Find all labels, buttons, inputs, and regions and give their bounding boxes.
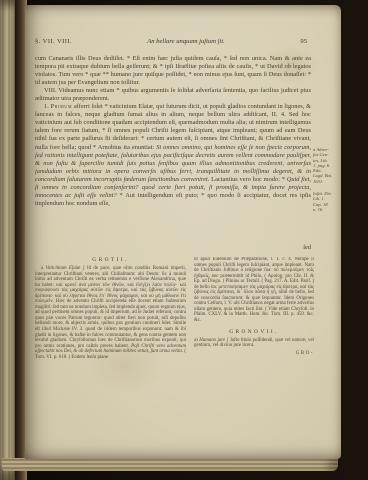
margin-note-lactantius: Inſtit. Div.Lib. 1.Cap. 18.n. 16.: [313, 191, 339, 212]
running-title: An bellare unquam juſtum ſit.: [105, 38, 267, 45]
page-number: 95: [267, 38, 307, 45]
footnote-right-column: ut apud Euſebium de Præparatione, l. 1. …: [194, 257, 314, 409]
section-label: §. VII. VIII.: [35, 38, 105, 45]
book-fore-edge-bottom: [2, 458, 338, 471]
main-text-block: cum Cananæis illis Deus dediſſet. * Eſt …: [35, 55, 311, 243]
gronovii-notes-text: a) Humano jure ] Juſto titulo poſſidendi…: [194, 338, 314, 349]
gronovii-heading: GRONOVII.: [194, 329, 314, 335]
page-catchword: GRO-: [194, 351, 314, 356]
running-header: §. VII. VIII. An bellare unquam juſtum ſ…: [35, 38, 307, 45]
grotii-notes-continued: ut apud Euſebium de Præparatione, l. 1. …: [194, 257, 314, 324]
scanned-book-photo: { "book_page": { "header": { "section_la…: [0, 0, 368, 480]
grotii-heading: GROTII.: [35, 257, 186, 263]
footnote-left-column: GROTII. a Vaticinium Eſaiæ ] Id de pace,…: [35, 257, 186, 409]
book-fore-edge-left: [0, 0, 15, 480]
page-paper: §. VII. VIII. An bellare unquam juſtum ſ…: [25, 5, 341, 459]
main-text-catchword: ſed: [35, 244, 311, 251]
grotii-notes-text: a Vaticinium Eſaiæ ] Id de pace, quæ oli…: [35, 266, 186, 360]
margin-note-arnobius: a Adver-ſus Gen-tes, Lib.1. pag. 6.Edit.…: [313, 147, 339, 184]
